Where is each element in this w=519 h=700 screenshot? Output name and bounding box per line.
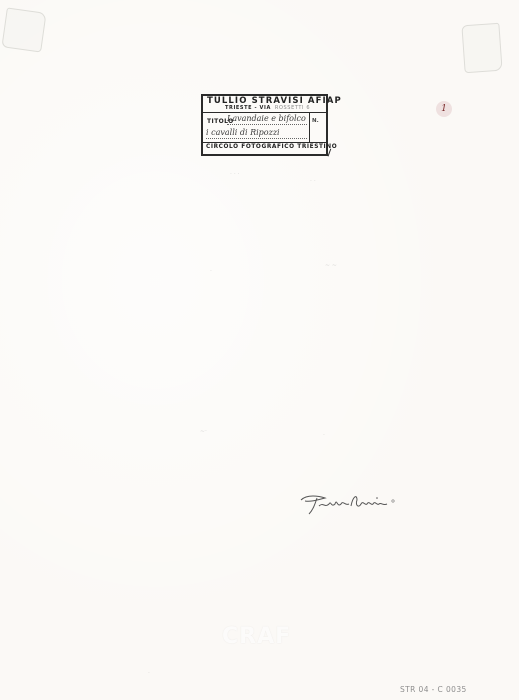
stamp-header: TULLIO STRAVISI AFIAP TRIESTE - VIAROSSE… xyxy=(203,96,326,113)
faint-mark: · · · xyxy=(230,171,240,178)
stamp-number-label: N. xyxy=(312,118,319,124)
tape-remnant-top-right xyxy=(461,23,502,74)
handwritten-title-line-1: Lavandaie e bifolco xyxy=(227,113,307,125)
faint-mark: · · xyxy=(310,178,316,185)
tape-remnant-top-left xyxy=(1,7,46,52)
photographer-signature: Tullio Stravisi xyxy=(297,488,407,518)
photo-verso-page: TULLIO STRAVISI AFIAP TRIESTE - VIAROSSE… xyxy=(0,0,519,700)
stamp-title-block: TITOLO Lavandaie e bifolco i cavalli di … xyxy=(203,112,326,143)
stamp-street: ROSSETTI 6 xyxy=(275,105,310,111)
inventory-number: STR 04 - C 0035 xyxy=(400,685,467,694)
archive-watermark: CRAF xyxy=(222,624,291,649)
stamp-address: TRIESTE - VIAROSSETTI 6 xyxy=(225,105,310,111)
handwritten-title-line-2: i cavalli di Ripozzi xyxy=(206,127,307,139)
photographer-stamp: TULLIO STRAVISI AFIAP TRIESTE - VIAROSSE… xyxy=(201,94,328,156)
stamp-city: TRIESTE - VIA xyxy=(225,105,271,111)
faint-mark: · xyxy=(323,432,325,439)
stamp-number-cell: N. xyxy=(309,112,327,142)
stamp-club-name: CIRCOLO FOTOGRAFICO TRIESTINO xyxy=(206,144,337,150)
faint-mark: ~ ~ xyxy=(325,262,337,269)
circled-number-mark: 1 xyxy=(436,101,452,117)
faint-mark: · xyxy=(210,268,212,275)
faint-mark: · xyxy=(148,670,150,677)
faint-mark: ~· xyxy=(200,428,207,435)
stamp-ink-tick xyxy=(325,148,331,157)
